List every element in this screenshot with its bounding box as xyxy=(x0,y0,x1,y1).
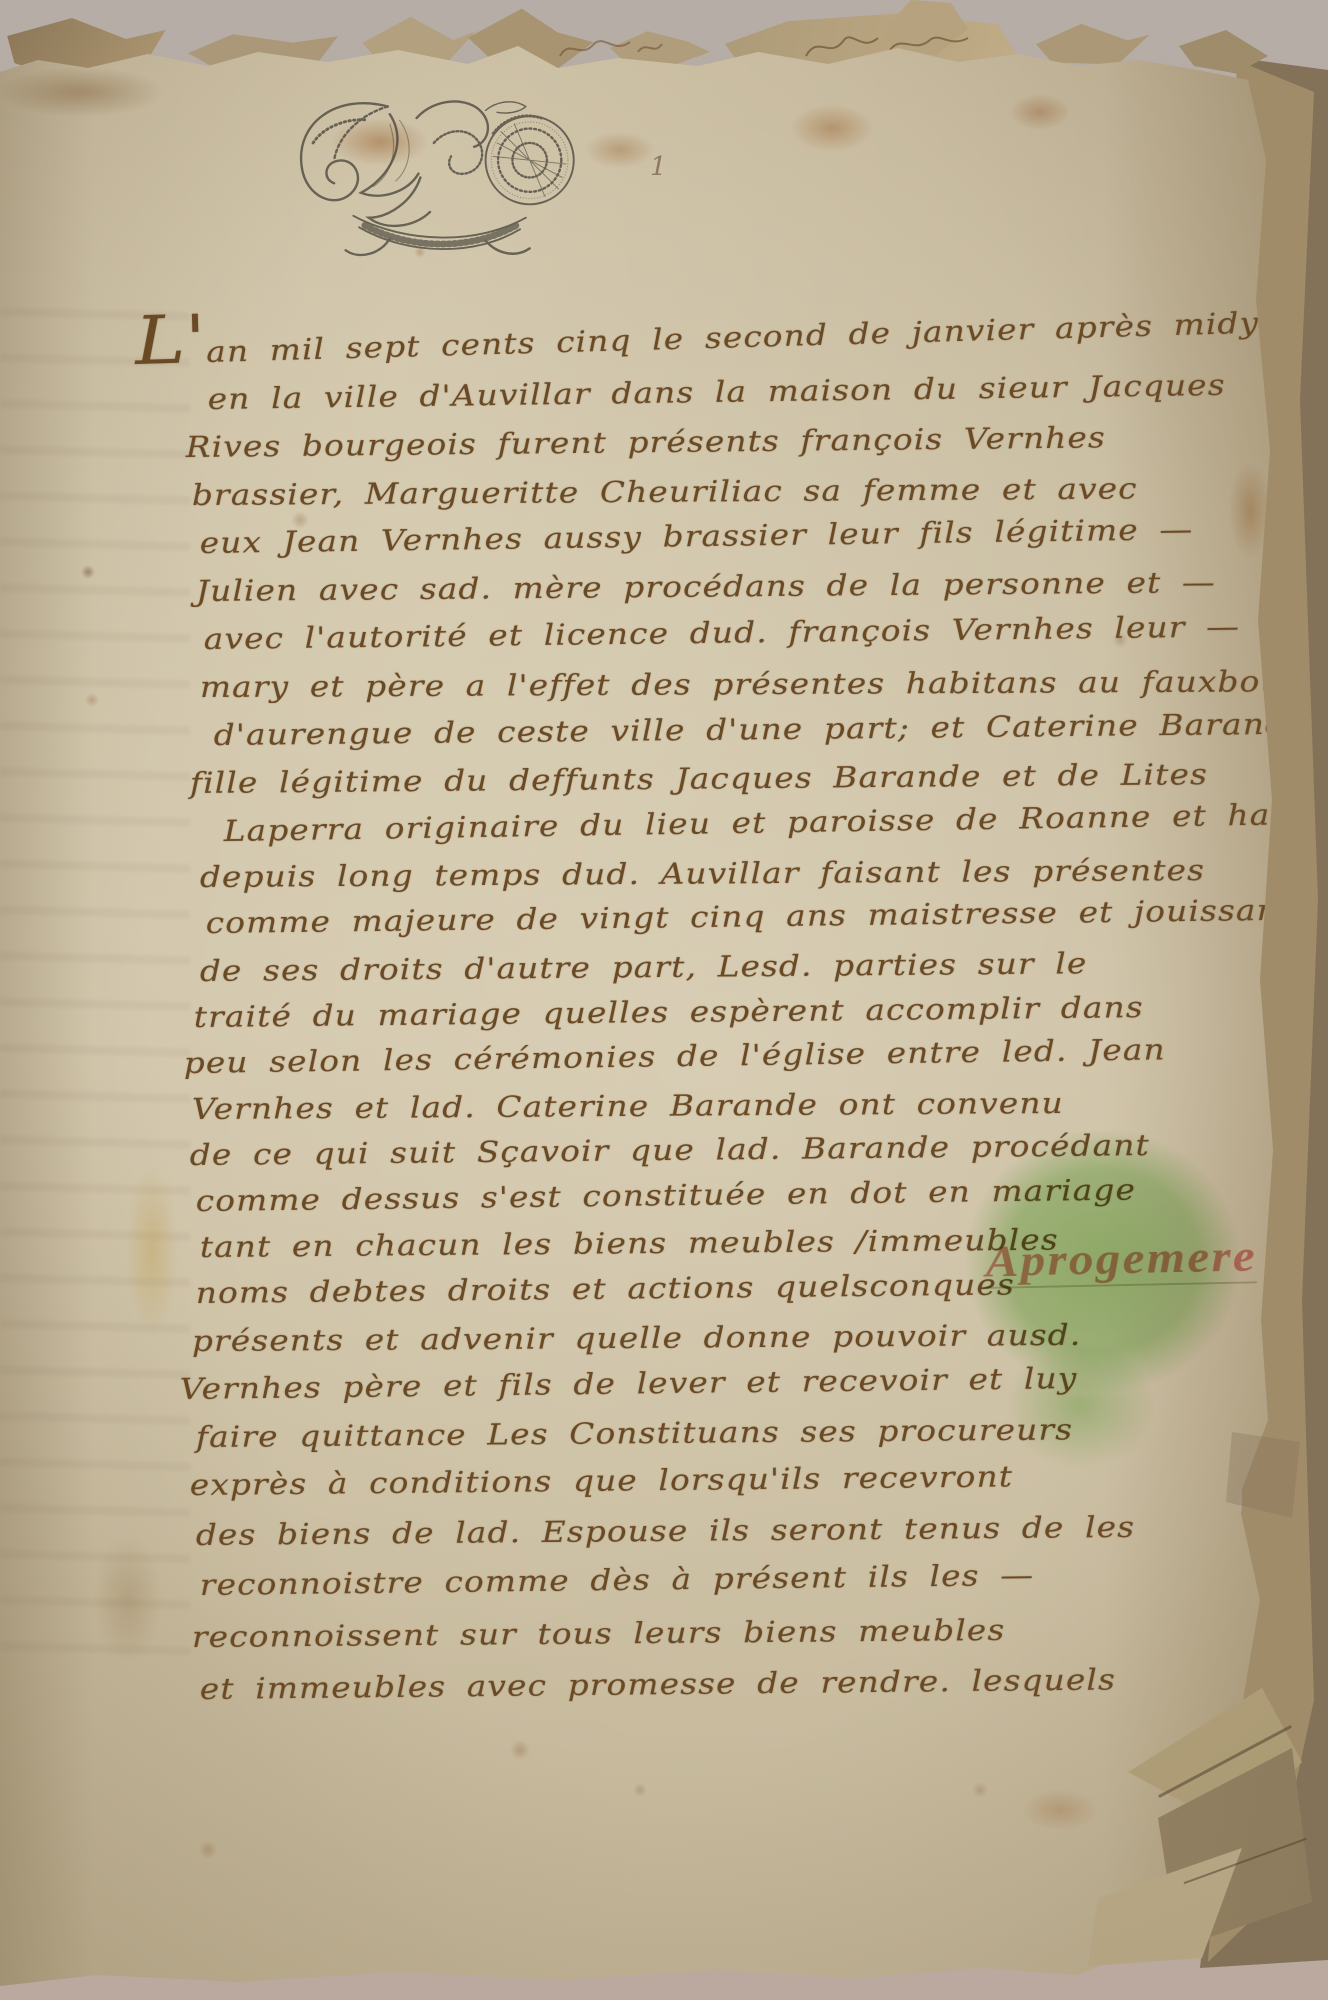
manuscript-line: traité du mariage quelles espèrent accom… xyxy=(194,990,1144,1034)
manuscript-line: eux Jean Vernhes aussy brassier leur fil… xyxy=(200,512,1194,560)
manuscript-line: Rives bourgeois furent présents françois… xyxy=(186,420,1106,464)
manuscript-line: d'aurengue de ceste ville d'une part; et… xyxy=(214,707,1308,752)
manuscript-photo: 1 L'an mil sept cents cinq le second de … xyxy=(0,0,1328,2000)
red-stamp-text: Aprogemere xyxy=(985,1230,1258,1289)
manuscript-line: et immeubles avec promesse de rendre. le… xyxy=(200,1662,1117,1706)
manuscript-line: mary et père a l'effet des présentes hab… xyxy=(200,664,1322,704)
manuscript-line: peu selon les cérémonies de l'église ent… xyxy=(184,1032,1166,1080)
manuscript-line: brassier, Margueritte Cheuriliac sa femm… xyxy=(192,471,1138,512)
manuscript-line: fille légitime du deffunts Jacques Baran… xyxy=(190,757,1208,800)
page-number: 1 xyxy=(650,152,667,182)
manuscript-line: Julien avec sad. mère procédans de la pe… xyxy=(196,565,1216,608)
fiscal-stamp-icon xyxy=(246,84,591,269)
manuscript-line: comme majeure de vingt cinq ans maistres… xyxy=(206,892,1314,940)
manuscript-line: L'an mil sept cents cinq le second de ja… xyxy=(135,287,1260,371)
manuscript-line: Laperra originaire du lieu et paroisse d… xyxy=(223,796,1328,848)
green-stain-tail xyxy=(980,1320,1180,1490)
manuscript-line: reconnoistre comme dès à présent ils les… xyxy=(200,1558,1035,1602)
document-page: 1 L'an mil sept cents cinq le second de … xyxy=(0,0,1328,2000)
manuscript-line: exprès à conditions que lorsqu'ils recev… xyxy=(190,1459,1014,1502)
manuscript-line: depuis long temps dud. Auvillar faisant … xyxy=(200,853,1205,894)
verso-show-through xyxy=(0,280,190,1680)
manuscript-line: avec l'autorité et licence dud. françois… xyxy=(204,609,1241,656)
manuscript-line: de ses droits d'autre part, Lesd. partie… xyxy=(200,946,1088,988)
manuscript-line: reconnoissent sur tous leurs biens meubl… xyxy=(192,1613,1006,1654)
manuscript-line: des biens de lad. Espouse ils seront ten… xyxy=(196,1510,1136,1552)
manuscript-line: noms debtes droits et actions quelsconqu… xyxy=(196,1267,1015,1310)
manuscript-line: en la ville d'Auvillar dans la maison du… xyxy=(208,368,1226,416)
